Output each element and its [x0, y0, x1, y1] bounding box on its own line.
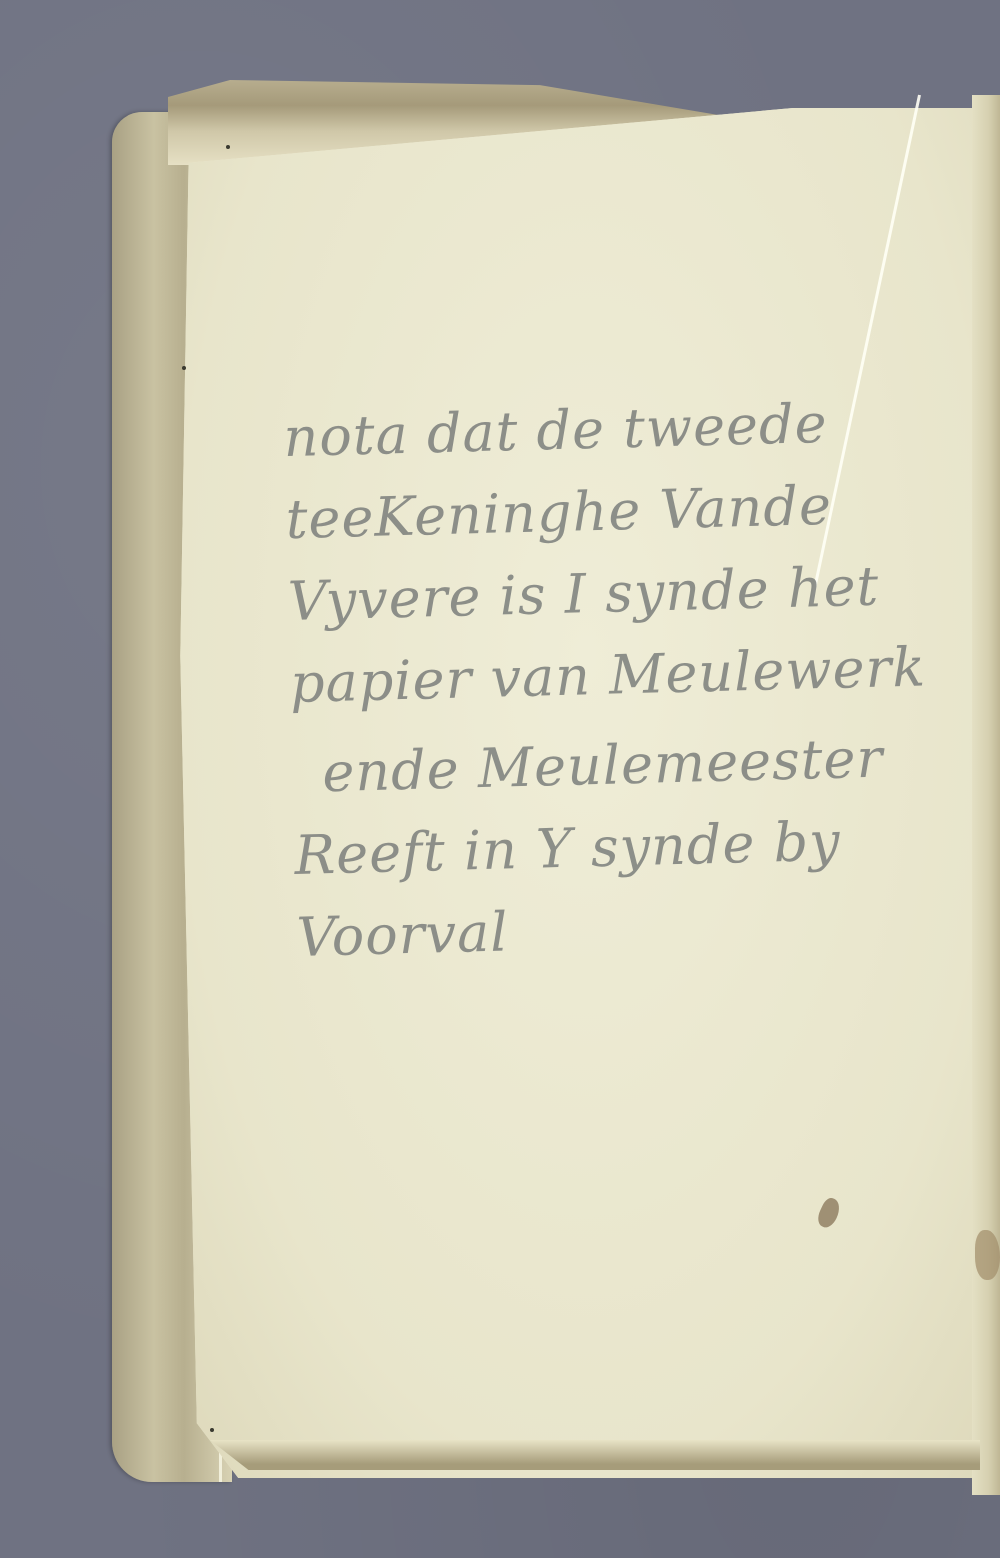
bottom-edge [210, 1440, 980, 1470]
note-line: ende Meulemeester [321, 715, 983, 814]
paper-speck [182, 366, 186, 370]
manuscript-book: nota dat de tweede teeKeninghe Vande Vyv… [0, 0, 1000, 1558]
note-line: papier van Meulewerk [289, 625, 981, 725]
edge-stain [975, 1230, 1000, 1280]
paper-speck [226, 145, 230, 149]
paper-speck [210, 1428, 214, 1432]
handwritten-note: nota dat de tweede teeKeninghe Vande Vyv… [283, 379, 988, 979]
